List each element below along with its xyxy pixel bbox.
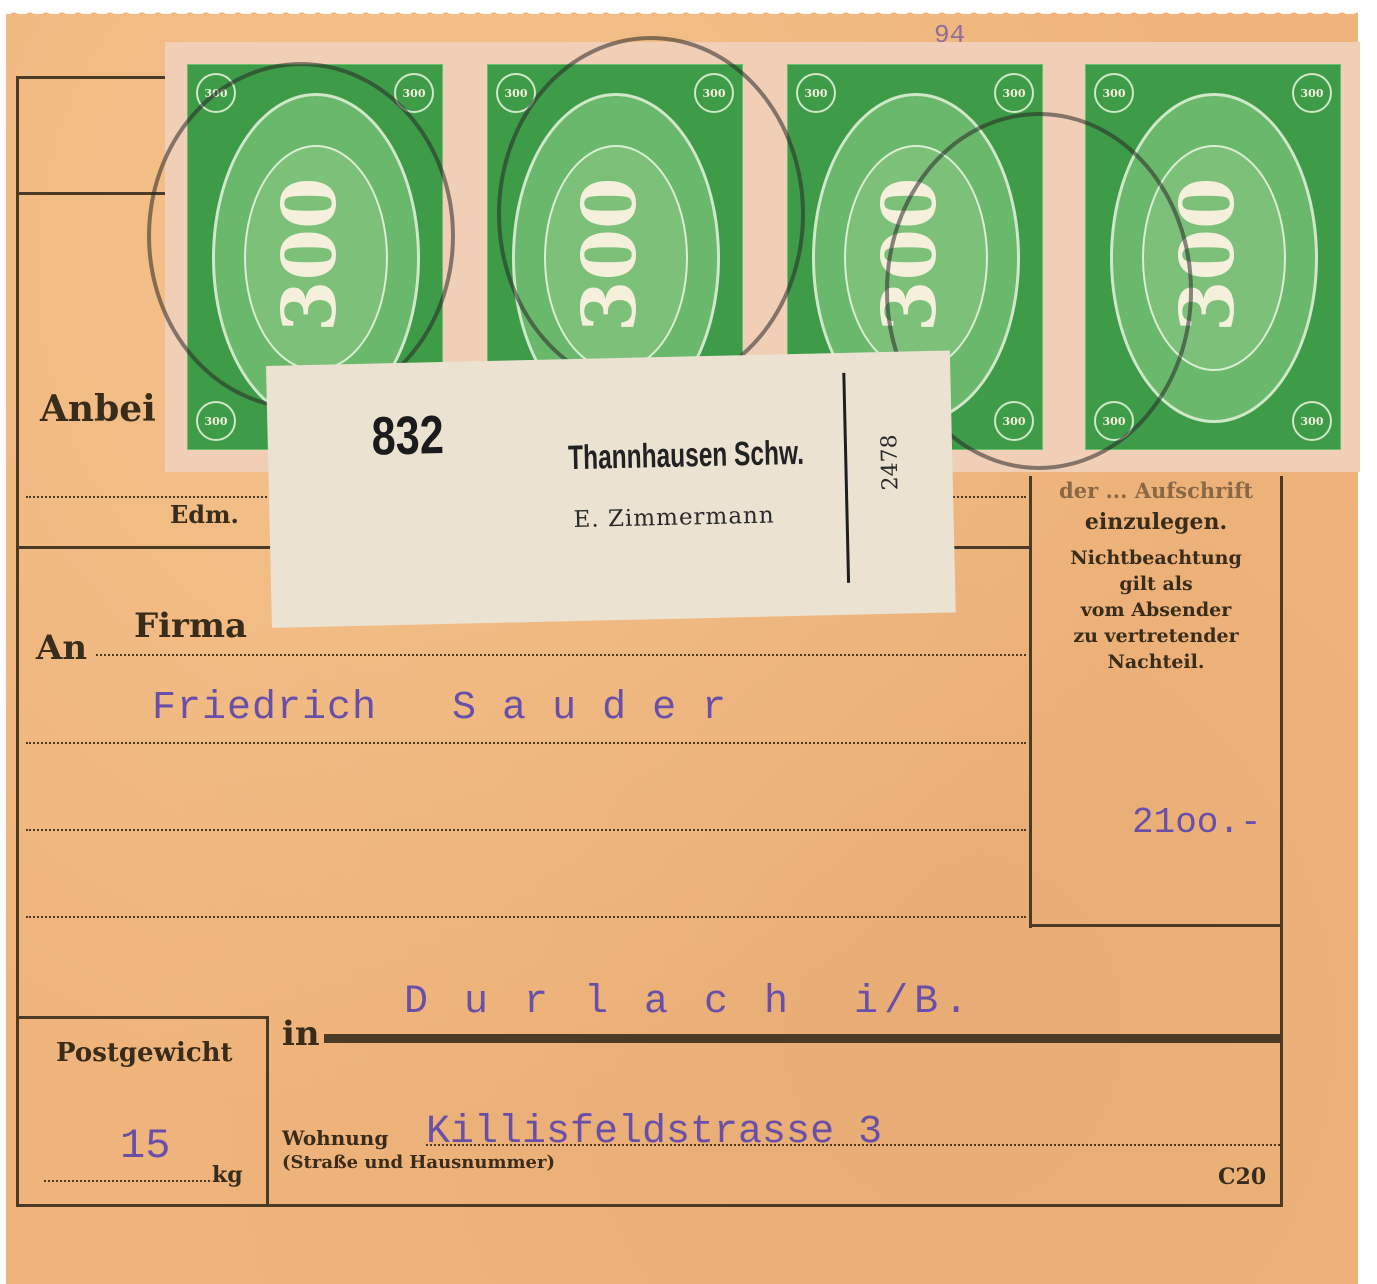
typed-weight: 15	[120, 1122, 170, 1170]
registration-label: 832 Thannhausen Schw. E. Zimmermann 2478	[266, 350, 956, 627]
side-note-partial: der ... Aufschrift	[1036, 478, 1276, 503]
label-postgewicht: Postgewicht	[56, 1038, 233, 1068]
side-note-line: Nachteil.	[1036, 651, 1276, 673]
weight-dotted-line	[44, 1180, 210, 1182]
dotted-line-firma	[96, 654, 1026, 656]
frame-line-2	[16, 192, 171, 195]
typed-recipient: Friedrich S a u d e r	[152, 686, 727, 731]
side-note-line: vom Absender	[1036, 599, 1276, 621]
frame-top-short	[16, 76, 171, 79]
stamp-corner-value: 300	[196, 401, 236, 441]
side-note-line: gilt als	[1036, 573, 1276, 595]
right-box-left	[1029, 476, 1032, 928]
postmark-cancellation	[497, 36, 805, 392]
weight-box-right	[266, 1016, 269, 1206]
dotted-line-name	[26, 742, 1026, 744]
typed-city: D u r l a c h i/B.	[404, 980, 974, 1025]
right-box-right	[1280, 476, 1283, 1206]
typed-amount: 21oo.-	[1132, 802, 1262, 843]
label-firma: Firma	[134, 606, 247, 646]
label-in: in	[282, 1014, 320, 1054]
stamp-corner-value: 300	[1094, 73, 1134, 113]
right-box-bottom	[1029, 924, 1283, 927]
side-note: der ... Aufschrift einzulegen. Nichtbeac…	[1036, 478, 1276, 673]
frame-left	[16, 76, 19, 1206]
side-note-line: Nichtbeachtung	[1036, 547, 1276, 569]
label-sender-abbr: Edm.	[170, 500, 239, 529]
registration-sender: E. Zimmermann	[573, 503, 775, 534]
label-form-code: C20	[1218, 1164, 1266, 1190]
label-divider	[842, 373, 850, 583]
label-kg: kg	[212, 1162, 243, 1188]
dotted-line-3	[26, 829, 1026, 831]
registration-code: 2478	[877, 434, 903, 491]
stamp-corner-value: 300	[796, 73, 836, 113]
dotted-line-4	[26, 916, 1026, 918]
label-wohnung: Wohnung	[282, 1126, 388, 1150]
typed-street: Killisfeldstrasse 3	[426, 1110, 882, 1155]
side-note-line: einzulegen.	[1036, 509, 1276, 535]
registration-office: Thannhausen Schw.	[568, 434, 805, 478]
label-anbei: Anbei	[40, 388, 156, 430]
weight-box-top	[16, 1016, 268, 1019]
city-underline	[324, 1034, 1282, 1043]
side-note-line: zu vertretender	[1036, 625, 1276, 647]
label-wohnung-hint: (Straße und Hausnummer)	[282, 1152, 555, 1173]
frame-bottom	[16, 1204, 1283, 1207]
stamp-corner-value: 300	[1292, 401, 1332, 441]
registration-number: 832	[371, 404, 444, 468]
postmark-cancellation	[147, 62, 455, 410]
stamp-corner-value: 300	[994, 73, 1034, 113]
label-an: An	[36, 628, 87, 668]
stamp-corner-value: 300	[1292, 73, 1332, 113]
